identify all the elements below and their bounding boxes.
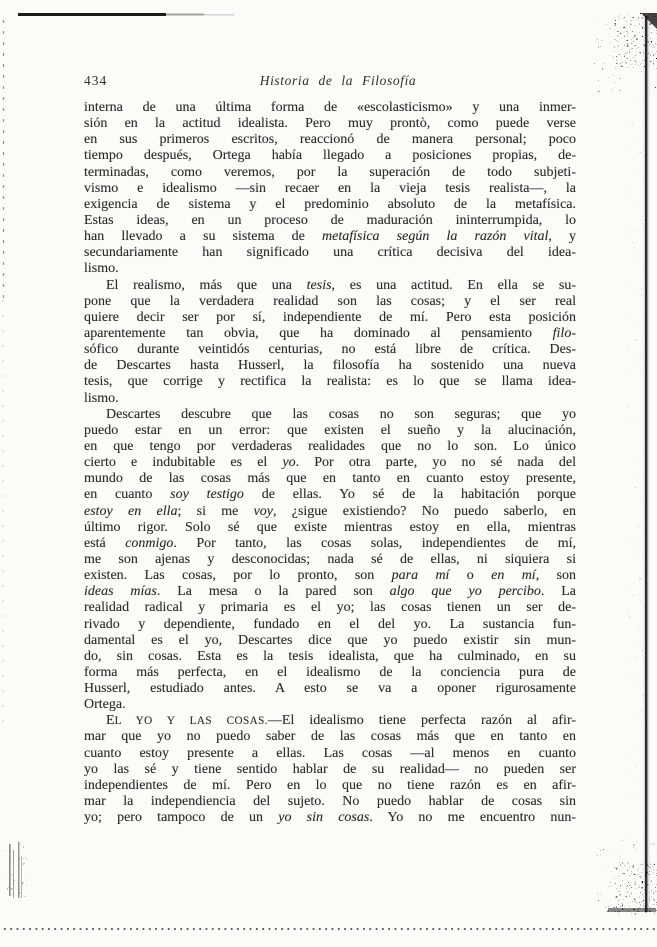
- text-line: último rigor. Solo sé que existe mientra…: [84, 520, 576, 536]
- text-line: está conmigo. Por tanto, las cosas solas…: [84, 536, 576, 552]
- text-line: Husserl, estudiado antes. A esto se va a…: [84, 681, 576, 697]
- text-line: en sus primeros escritos, reaccionó de m…: [84, 132, 576, 148]
- body-text: o: [449, 568, 491, 583]
- body-text: lismo.: [84, 261, 119, 276]
- text-line: do, sin cosas. Esta es la tesis idealist…: [84, 649, 576, 665]
- body-text: rivado y dependiente, fundado en el del …: [84, 617, 576, 632]
- body-text: exigencia de sistema y el predominio abs…: [84, 197, 576, 212]
- body-text: pone que la verdadera realidad son las c…: [84, 294, 576, 309]
- text-line: quiere decir ser por sí, independiente d…: [84, 310, 576, 326]
- text-line: exigencia de sistema y el predominio abs…: [84, 197, 576, 213]
- body-text: Estas ideas, en un proceso de maduración…: [84, 213, 576, 228]
- italic-text: yo sin cosas: [278, 810, 369, 825]
- text-line: mar que yo no puedo saber de las cosas m…: [84, 729, 576, 745]
- body-text: lismo.: [84, 391, 119, 406]
- text-line: yo; pero tampoco de un yo sin cosas. Yo …: [84, 810, 576, 826]
- text-line: aparentemente tan obvia, que ha dominado…: [84, 326, 576, 342]
- italic-text: estoy en ella: [84, 504, 177, 519]
- body-text: , ¿sigue existiendo? No puedo saberlo, e…: [273, 504, 576, 519]
- italic-text: en mí: [491, 568, 536, 583]
- text-line: lismo.: [84, 261, 576, 277]
- scan-noise-bottom-right: [595, 840, 657, 915]
- text-line: tiempo después, Ortega había llegado a p…: [84, 148, 576, 164]
- text-line: mundo de las cosas más que en tanto en c…: [84, 471, 576, 487]
- body-text: me son ajenas y desconocidas; nada sé de…: [84, 552, 576, 567]
- text-line: yo las sé y tiene sentido hablar de su r…: [84, 762, 576, 778]
- text-line: realidad radical y primaria es el yo; la…: [84, 600, 576, 616]
- italic-text: voy: [254, 504, 273, 519]
- text-line: Descartes descubre que las cosas no son …: [84, 407, 576, 423]
- body-text: en cuanto: [84, 487, 170, 502]
- italic-text: ideas mías: [84, 584, 157, 599]
- text-line: Estas ideas, en un proceso de maduración…: [84, 213, 576, 229]
- body-text: tesis, que corrige y rectifica la realis…: [84, 374, 576, 389]
- body-text: en que tengo por verdaderas realidades q…: [84, 439, 576, 454]
- text-line: interna de una última forma de «escolast…: [84, 100, 576, 116]
- body-text: de ellas. Yo sé de la habitación porque: [244, 487, 576, 502]
- scan-noise-top-right: [594, 12, 657, 92]
- text-line: estoy en ella; si me voy, ¿sigue existie…: [84, 504, 576, 520]
- page-edge-dashes-left: [3, 20, 4, 730]
- text-line: tesis, que corrige y rectifica la realis…: [84, 374, 576, 390]
- italic-text: filo-: [553, 326, 576, 341]
- running-head-title: Historia de la Filosofía: [100, 73, 576, 89]
- text-line: en que tengo por verdaderas realidades q…: [84, 439, 576, 455]
- body-text: mundo de las cosas más que en tanto en c…: [84, 471, 576, 486]
- body-text: sión en la actitud idealista. Pero muy p…: [84, 116, 576, 131]
- body-text: yo las sé y tiene sentido hablar de su r…: [84, 762, 576, 777]
- text-line: me son ajenas y desconocidas; nada sé de…: [84, 552, 576, 568]
- body-text: independientes de mí. Pero en lo que no …: [84, 778, 576, 793]
- body-text: cuanto estoy presente a ellas. Las cosas…: [84, 746, 576, 761]
- body-text: secundariamente han significado una crít…: [84, 245, 576, 260]
- body-text: E: [106, 713, 115, 728]
- body-text: ; si me: [177, 504, 253, 519]
- body-text: está: [84, 536, 125, 551]
- text-line: rivado y dependiente, fundado en el del …: [84, 617, 576, 633]
- scanned-book-page: 434 Historia de la Filosofía interna de …: [0, 0, 657, 947]
- body-text: , y: [548, 229, 576, 244]
- italic-text: soy testigo: [170, 487, 244, 502]
- text-line: existen. Las cosas, por lo pronto, son p…: [84, 568, 576, 584]
- body-text: . La: [541, 584, 576, 599]
- body-text: quiere decir ser por sí, independiente d…: [84, 310, 576, 325]
- text-line: han llevado a su sistema de metafísica s…: [84, 229, 576, 245]
- body-text: cierto e indubitable es el: [84, 455, 282, 470]
- body-text: . Por tanto, las cosas solas, independie…: [173, 536, 576, 551]
- italic-text: para mí: [392, 568, 450, 583]
- text-line: cierto e indubitable es el yo. Por otra …: [84, 455, 576, 471]
- paragraph: El realismo, más que una tesis, es una a…: [84, 278, 576, 407]
- body-text: último rigor. Solo sé que existe mientra…: [84, 520, 576, 535]
- text-line: en cuanto soy testigo de ellas. Yo sé de…: [84, 487, 576, 503]
- body-text: forma más perfecta, en el idealismo de l…: [84, 665, 576, 680]
- text-line: forma más perfecta, en el idealismo de l…: [84, 665, 576, 681]
- italic-text: tesis: [307, 278, 332, 293]
- text-line: sión en la actitud idealista. Pero muy p…: [84, 116, 576, 132]
- body-text: Husserl, estudiado antes. A esto se va a…: [84, 681, 576, 696]
- italic-text: algo que yo percibo: [390, 584, 541, 599]
- body-text: . La mesa o la pared son: [157, 584, 390, 599]
- text-line: damental es el yo, Descartes dice que yo…: [84, 633, 576, 649]
- smallcaps-text: L YO Y LAS COSAS.: [115, 715, 268, 727]
- page-header: 434 Historia de la Filosofía: [84, 73, 576, 91]
- page-text-block: interna de una última forma de «escolast…: [84, 100, 576, 826]
- body-text: yo; pero tampoco de un: [84, 810, 278, 825]
- body-text: —El idealismo tiene perfecta razón al af…: [268, 713, 576, 728]
- text-line: terminadas, como veremos, por la superac…: [84, 165, 576, 181]
- paragraph: EL YO Y LAS COSAS.—El idealismo tiene pe…: [84, 713, 576, 826]
- body-text: puedo estar en un error: que existen el …: [84, 423, 576, 438]
- body-text: terminadas, como veremos, por la superac…: [84, 165, 576, 180]
- body-text: de Descartes hasta Husserl, la filosofía…: [84, 358, 576, 373]
- body-text: han llevado a su sistema de: [84, 229, 322, 244]
- text-line: sófico durante veintidós centurias, no e…: [84, 342, 576, 358]
- text-line: independientes de mí. Pero en lo que no …: [84, 778, 576, 794]
- scan-line-top-left: [18, 13, 234, 16]
- text-line: mar la independiencia del sujeto. No pue…: [84, 794, 576, 810]
- body-text: aparentemente tan obvia, que ha dominado…: [84, 326, 553, 341]
- italic-text: conmigo: [125, 536, 173, 551]
- scan-noise-right-margin: [628, 95, 646, 840]
- italic-text: yo: [282, 455, 295, 470]
- body-text: . Yo no me encuentro nun-: [369, 810, 576, 825]
- body-text: en sus primeros escritos, reaccionó de m…: [84, 132, 576, 147]
- text-line: secundariamente han significado una crít…: [84, 245, 576, 261]
- body-text: Descartes descubre que las cosas no son …: [106, 407, 576, 422]
- body-text: mar que yo no puedo saber de las cosas m…: [84, 729, 576, 744]
- text-line: puedo estar en un error: que existen el …: [84, 423, 576, 439]
- paragraph: Descartes descubre que las cosas no son …: [84, 407, 576, 714]
- text-line: pone que la verdadera realidad son las c…: [84, 294, 576, 310]
- text-line: EL YO Y LAS COSAS.—El idealismo tiene pe…: [84, 713, 576, 729]
- scan-smudge-bottom-left: [4, 840, 28, 902]
- body-text: , son: [536, 568, 576, 583]
- body-text: Ortega.: [84, 697, 126, 712]
- paragraph: interna de una última forma de «escolast…: [84, 100, 576, 278]
- text-line: vismo e idealismo —sin recaer en la viej…: [84, 181, 576, 197]
- text-line: ideas mías. La mesa o la pared son algo …: [84, 584, 576, 600]
- body-text: existen. Las cosas, por lo pronto, son: [84, 568, 392, 583]
- italic-text: metafísica según la razón vital: [322, 229, 548, 244]
- body-text: vismo e idealismo —sin recaer en la viej…: [84, 181, 576, 196]
- body-text: . Por otra parte, yo no sé nada del: [296, 455, 576, 470]
- text-line: cuanto estoy presente a ellas. Las cosas…: [84, 746, 576, 762]
- text-line: de Descartes hasta Husserl, la filosofía…: [84, 358, 576, 374]
- text-line: Ortega.: [84, 697, 576, 713]
- body-text: sófico durante veintidós centurias, no e…: [84, 342, 576, 357]
- text-line: lismo.: [84, 391, 576, 407]
- body-text: do, sin cosas. Esta es la tesis idealist…: [84, 649, 576, 664]
- page-edge-line-right: [644, 16, 650, 912]
- body-text: realidad radical y primaria es el yo; la…: [84, 600, 576, 615]
- body-text: El realismo, más que una: [106, 278, 307, 293]
- body-text: , es una actitud. En ella se su-: [332, 278, 576, 293]
- body-text: mar la independiencia del sujeto. No pue…: [84, 794, 576, 809]
- body-text: interna de una última forma de «escolast…: [84, 100, 576, 115]
- text-line: El realismo, más que una tesis, es una a…: [84, 278, 576, 294]
- body-text: damental es el yo, Descartes dice que yo…: [84, 633, 576, 648]
- body-text: tiempo después, Ortega había llegado a p…: [84, 148, 576, 163]
